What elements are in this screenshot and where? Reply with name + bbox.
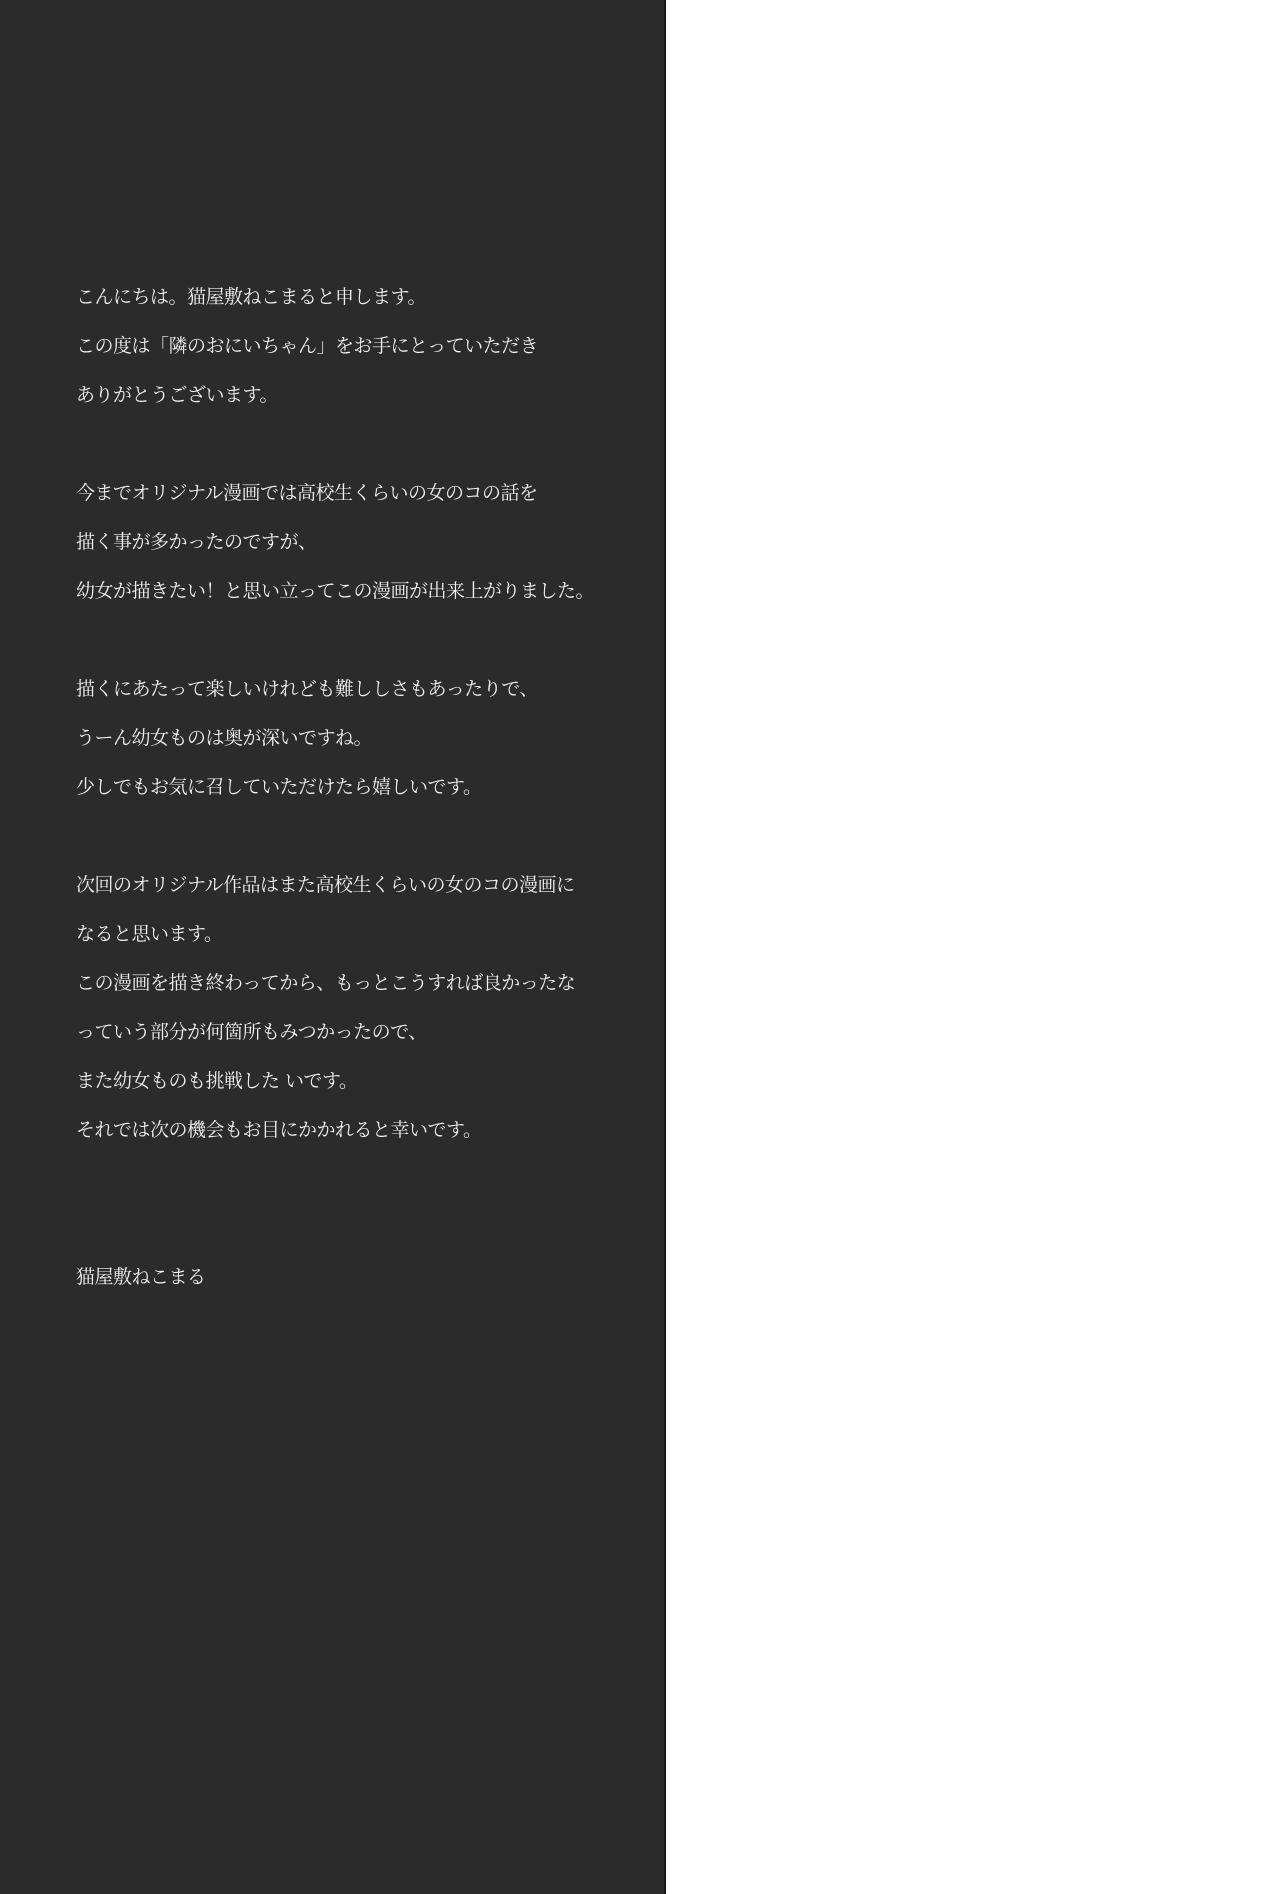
paragraph-reflection: 描くにあたって楽しいけれども難ししさもあったりで、 うーん幼女ものは奥が深いです… (76, 674, 594, 821)
text-line: 描く事が多かったのですが、 (76, 527, 594, 576)
text-line: 幼女が描きたい！と思い立ってこの漫画が出来上がりました。 (76, 576, 594, 625)
paragraph-gap (76, 625, 594, 674)
blank-page-area (666, 0, 1280, 1894)
text-line: なると思います。 (76, 919, 594, 968)
paragraph-gap (76, 429, 594, 478)
paragraph-motivation: 今までオリジナル漫画では高校生くらいの女のコの話を 描く事が多かったのですが、 … (76, 478, 594, 625)
text-line: ありがとうございます。 (76, 380, 594, 429)
text-line: 描くにあたって楽しいけれども難ししさもあったりで、 (76, 674, 594, 723)
paragraph-gap (76, 1164, 594, 1213)
text-line: っていう部分が何箇所もみつかったので、 (76, 1017, 594, 1066)
dark-text-panel: こんにちは。猫屋敷ねこまると申します。 この度は「隣のおにいちゃん」をお手にとっ… (0, 0, 666, 1894)
afterword-text: こんにちは。猫屋敷ねこまると申します。 この度は「隣のおにいちゃん」をお手にとっ… (76, 282, 594, 1311)
text-line: また幼女ものも挑戦した いです。 (76, 1066, 594, 1115)
text-line: 今までオリジナル漫画では高校生くらいの女のコの話を (76, 478, 594, 527)
author-signature: 猫屋敷ねこまる (76, 1262, 594, 1311)
paragraph-next-work: 次回のオリジナル作品はまた高校生くらいの女のコの漫画に なると思います。 この漫… (76, 870, 594, 1164)
text-line: この漫画を描き終わってから、もっとこうすれば良かったな (76, 968, 594, 1017)
text-line: 次回のオリジナル作品はまた高校生くらいの女のコの漫画に (76, 870, 594, 919)
text-line: この度は「隣のおにいちゃん」をお手にとっていただき (76, 331, 594, 380)
paragraph-gap (76, 821, 594, 870)
text-line: それでは次の機会もお目にかかれると幸いです。 (76, 1115, 594, 1164)
paragraph-greeting: こんにちは。猫屋敷ねこまると申します。 この度は「隣のおにいちゃん」をお手にとっ… (76, 282, 594, 429)
text-line: こんにちは。猫屋敷ねこまると申します。 (76, 282, 594, 331)
text-line: 少しでもお気に召していただけたら嬉しいです。 (76, 772, 594, 821)
text-line: うーん幼女ものは奥が深いですね。 (76, 723, 594, 772)
